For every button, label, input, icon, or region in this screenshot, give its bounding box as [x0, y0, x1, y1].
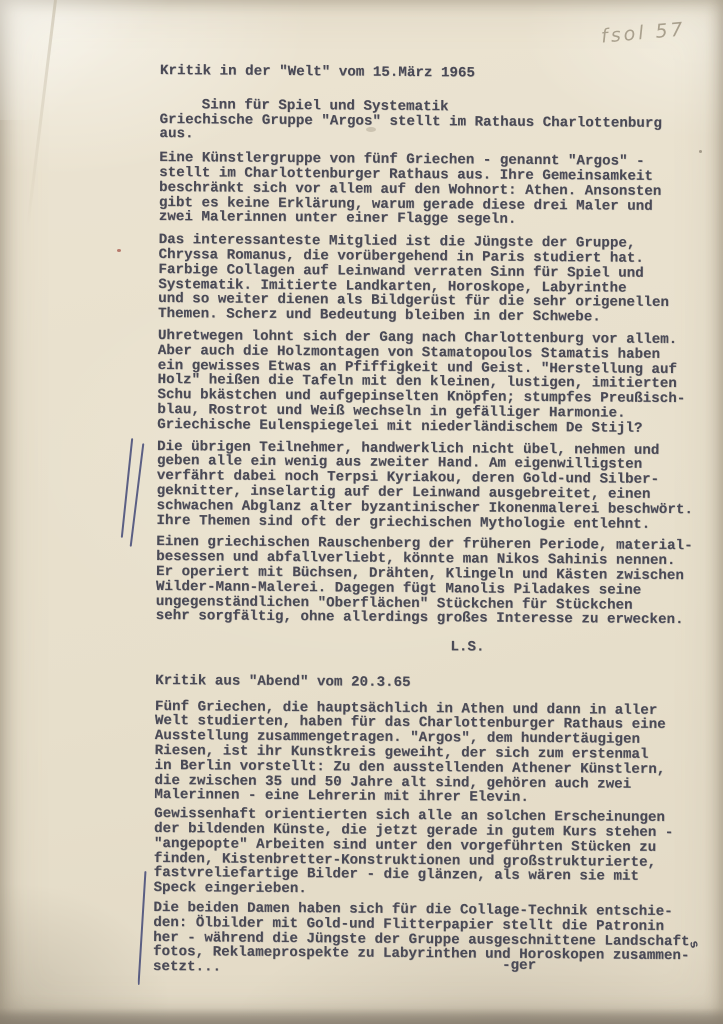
typewritten-text-block: Kritik in der "Welt" vom 15.März 1965 Si…: [153, 64, 716, 979]
text-line: Griechische Eulenspiegelei mit niederlän…: [157, 418, 713, 437]
paper-fold-top-left: [0, 0, 170, 120]
margin-ink-mark: [138, 871, 147, 985]
section-welt-heading: Kritik in der "Welt" vom 15.März 1965: [160, 64, 716, 83]
paragraph: Eine Künstlergruppe von fünf Griechen - …: [159, 151, 716, 229]
paragraph: Das interessanteste Mitglied ist die Jün…: [158, 233, 715, 326]
signature-ger: -ger: [502, 958, 536, 974]
article-subtitle: Sinn für Spiel und SystematikGriechische…: [159, 98, 715, 147]
paragraph: Die beiden Damen haben sich für die Coll…: [153, 901, 710, 979]
signature-ls: L.S.: [155, 638, 711, 657]
paragraph: Fünf Griechen, die hauptsächlich in Athe…: [154, 700, 711, 808]
paragraph: Gewissenhaft orientierten sich alle an s…: [153, 807, 710, 900]
pencil-annotation: fsol 57: [600, 18, 686, 47]
paragraph: Uhretwegen lohnt sich der Gang nach Char…: [157, 329, 714, 437]
paragraph: Die übrigen Teilnehmer, handwerklich nic…: [156, 440, 713, 533]
text-line: Ihre Themen sind oft der griechischen My…: [156, 514, 712, 533]
paragraph: Einen griechischen Rauschenberg der früh…: [156, 535, 713, 628]
paper-speck: [117, 249, 121, 252]
margin-ink-mark: [130, 443, 145, 546]
text-line: sehr sorgfältig, ohne allerdings großes …: [156, 609, 712, 628]
section-abend-heading: Kritik aus "Abend" vom 20.3.65: [155, 674, 711, 693]
scanned-paper-page: fsol 57 Kritik in der "Welt" vom 15.März…: [0, 0, 723, 1024]
